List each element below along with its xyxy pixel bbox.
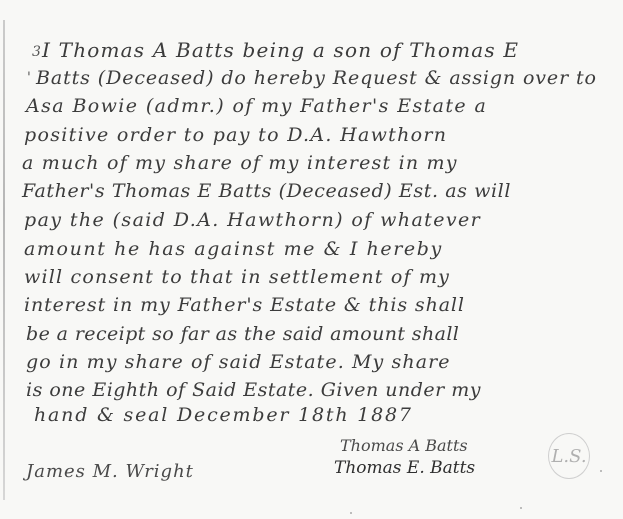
document-page: 3 ' I Thomas A Batts being a son of Thom… xyxy=(0,0,623,519)
body-line: Batts (Deceased) do hereby Request & ass… xyxy=(36,67,597,89)
margin-mark: 3 xyxy=(32,44,41,60)
body-line: interest in my Father's Estate & this sh… xyxy=(24,294,465,316)
body-line: Father's Thomas E Batts (Deceased) Est. … xyxy=(22,180,511,202)
paper-speck xyxy=(520,507,522,509)
signature-thomas-a-batts: Thomas A Batts xyxy=(340,436,468,455)
body-line: is one Eighth of Said Estate. Given unde… xyxy=(26,379,481,401)
paper-speck xyxy=(600,470,602,472)
body-line: I Thomas A Batts being a son of Thomas E xyxy=(42,38,519,62)
body-line: will consent to that in settlement of my xyxy=(24,266,450,288)
margin-mark: ' xyxy=(27,70,31,86)
body-line: go in my share of said Estate. My share xyxy=(26,351,451,373)
body-line: a much of my share of my interest in my xyxy=(22,152,458,174)
signature-witness-james-m-wright: James M. Wright xyxy=(26,461,194,482)
body-line: be a receipt so far as the said amount s… xyxy=(26,323,459,345)
seal-label: L.S. xyxy=(551,446,586,467)
seal-mark: L.S. xyxy=(548,433,590,479)
body-line: positive order to pay to D.A. Hawthorn xyxy=(24,124,447,146)
body-line: amount he has against me & I hereby xyxy=(24,238,443,260)
body-line: Asa Bowie (admr.) of my Father's Estate … xyxy=(26,95,487,117)
body-line-date: hand & seal December 18th 1887 xyxy=(34,404,413,426)
signature-thomas-e-batts: Thomas E. Batts xyxy=(334,458,475,478)
page-edge-shadow xyxy=(3,20,5,500)
paper-speck xyxy=(350,512,352,514)
body-line: pay the (said D.A. Hawthorn) of whatever xyxy=(24,209,481,231)
